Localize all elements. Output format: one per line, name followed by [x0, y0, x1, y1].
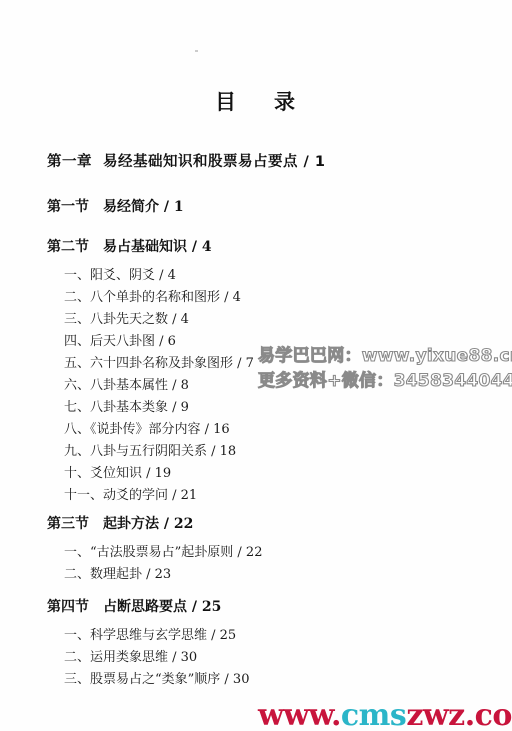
footer-url-www: www.	[258, 698, 341, 731]
footer-url-cms: cms	[341, 698, 406, 731]
toc-item[interactable]: 十一、动爻的学问 / 21	[64, 484, 197, 503]
toc-item[interactable]: 十、爻位知识 / 19	[64, 462, 171, 481]
title-char-2: 录	[274, 86, 297, 116]
section-label: 第四节	[47, 596, 103, 616]
section-title: 占断思路要点 / 25	[103, 599, 221, 615]
chapter-title: 易经基础知识和股票易占要点 / 1	[103, 154, 325, 170]
toc-item[interactable]: 二、运用类象思维 / 30	[64, 646, 197, 665]
toc-item[interactable]: 六、八卦基本属性 / 8	[64, 374, 189, 393]
toc-section-3[interactable]: 第三节起卦方法 / 22	[47, 513, 193, 533]
title-char-1: 目	[215, 86, 238, 116]
toc-item[interactable]: 八、《说卦传》部分内容 / 16	[64, 418, 230, 437]
footer-url-com: .com	[465, 698, 512, 731]
toc-item[interactable]: 三、八卦先天之数 / 4	[64, 308, 189, 327]
toc-item[interactable]: 二、数理起卦 / 23	[64, 563, 171, 582]
toc-section-2[interactable]: 第二节易占基础知识 / 4	[47, 236, 212, 256]
section-title: 起卦方法 / 22	[103, 516, 193, 532]
watermark-line-2: 更多资料+微信：3458344044	[258, 366, 512, 391]
toc-item[interactable]: 五、六十四卦名称及卦象图形 / 7	[64, 352, 254, 371]
section-label: 第三节	[47, 513, 103, 533]
toc-item[interactable]: 一、“古法股票易占”起卦原则 / 22	[64, 541, 262, 560]
toc-section-1[interactable]: 第一节易经简介 / 1	[47, 196, 184, 216]
page-title: 目录	[0, 86, 512, 116]
toc-item[interactable]: 一、阳爻、阴爻 / 4	[64, 264, 176, 283]
section-title: 易占基础知识 / 4	[103, 239, 212, 255]
chapter-heading: 第一章易经基础知识和股票易占要点 / 1	[47, 150, 325, 171]
footer-url-zwz: zwz	[406, 698, 464, 731]
toc-item[interactable]: 九、八卦与五行阴阳关系 / 18	[64, 440, 236, 459]
section-label: 第一节	[47, 196, 103, 216]
toc-item[interactable]: 四、后天八卦图 / 6	[64, 330, 176, 349]
toc-section-4[interactable]: 第四节占断思路要点 / 25	[47, 596, 221, 616]
toc-item[interactable]: 七、八卦基本类象 / 9	[64, 396, 189, 415]
toc-item[interactable]: 二、八个单卦的名称和图形 / 4	[64, 286, 241, 305]
section-title: 易经简介 / 1	[103, 199, 184, 215]
footer-site-watermark: www.cmszwz.com	[258, 698, 512, 731]
toc-item[interactable]: 三、股票易占之“类象”顺序 / 30	[64, 668, 249, 687]
watermark-line-1: 易学巴巴网：www.yixue88.cn	[258, 341, 512, 366]
chapter-label: 第一章	[47, 150, 103, 171]
section-label: 第二节	[47, 236, 103, 256]
toc-item[interactable]: 一、科学思维与玄学思维 / 25	[64, 624, 236, 643]
scan-speck	[195, 50, 198, 52]
